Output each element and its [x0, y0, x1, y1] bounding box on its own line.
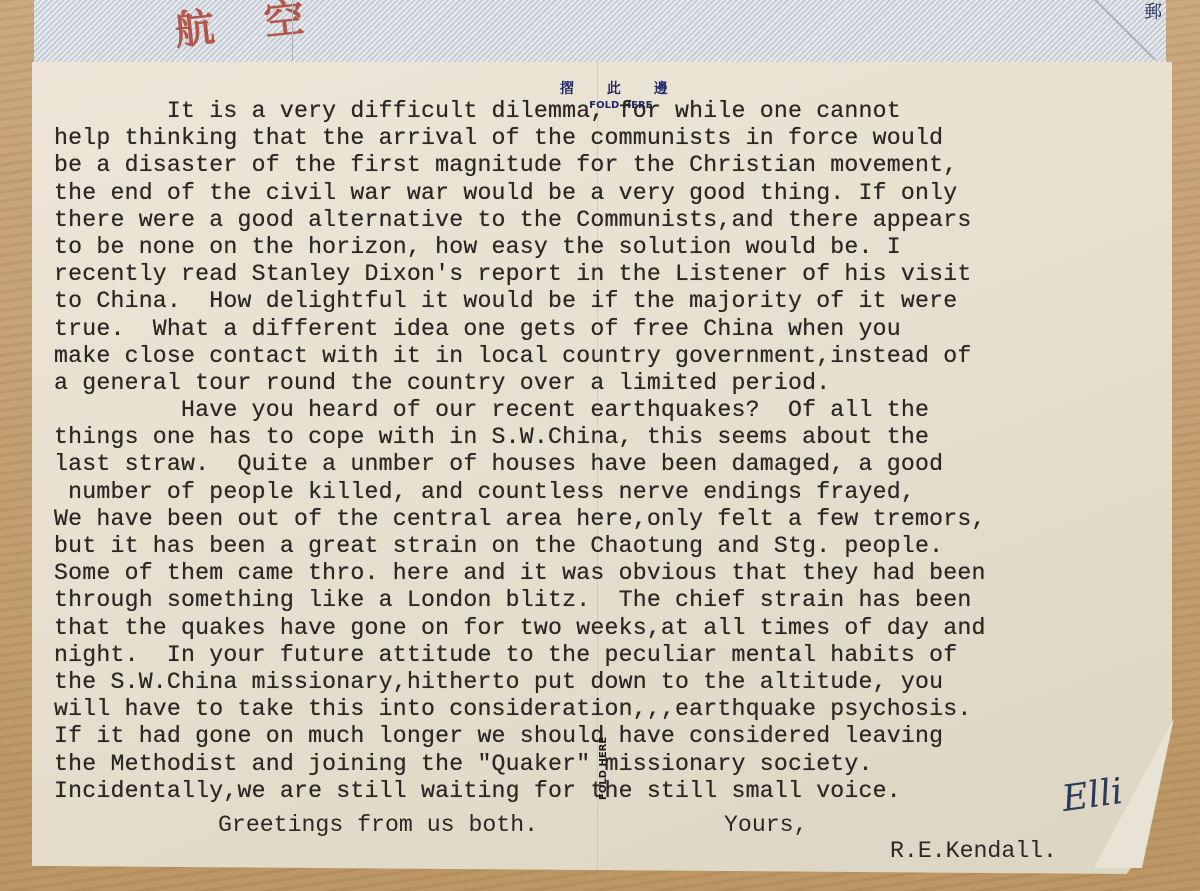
closing-greeting: Greetings from us both. [218, 812, 538, 838]
letter-line: to be none on the horizon, how easy the … [54, 234, 1154, 261]
letter-line: recently read Stanley Dixon's report in … [54, 261, 1154, 288]
letter-line: but it has been a great strain on the Ch… [54, 533, 1154, 560]
typed-signature: R.E.Kendall. [890, 838, 1057, 864]
letter-line: be a disaster of the first magnitude for… [54, 152, 1154, 179]
letter-line: will have to take this into consideratio… [54, 696, 1154, 723]
letter-line: things one has to cope with in S.W.China… [54, 424, 1154, 451]
letter-line: last straw. Quite a unmber of houses hav… [54, 451, 1154, 478]
letter-line: make close contact with it in local coun… [54, 343, 1154, 370]
letter-line: number of people killed, and countless n… [54, 479, 1154, 506]
handwritten-signature: Elli [1059, 771, 1125, 820]
letter-line: It is a very difficult dilemma, for whil… [54, 98, 1154, 125]
airmail-envelope-strip: 航 空 郵 [34, 0, 1166, 65]
fold-here-marker-bottom: FOLD HERE [598, 737, 609, 800]
letter-line: the end of the civil war war would be a … [54, 180, 1154, 207]
airmail-stamp-characters: 航 空 [171, 0, 324, 57]
valediction: Yours, [724, 812, 808, 838]
envelope-seam [292, 0, 293, 60]
letter-line: through something like a London blitz. T… [54, 587, 1154, 614]
letter-line: a general tour round the country over a … [54, 370, 1154, 397]
letter-line: night. In your future attitude to the pe… [54, 642, 1154, 669]
envelope-corner-character: 郵 [1144, 0, 1162, 24]
letter-line: Have you heard of our recent earthquakes… [54, 397, 1154, 424]
letter-line: there were a good alternative to the Com… [54, 207, 1154, 234]
letter-line: Some of them came thro. here and it was … [54, 560, 1154, 587]
letter-line: that the quakes have gone on for two wee… [54, 615, 1154, 642]
letter-line: true. What a different idea one gets of … [54, 316, 1154, 343]
letter-body: It is a very difficult dilemma, for whil… [54, 98, 1154, 805]
fold-here-chinese: 摺 此 邊 [560, 78, 682, 98]
letter-line: to China. How delightful it would be if … [54, 288, 1154, 315]
letter-line: the S.W.China missionary,hitherto put do… [54, 669, 1154, 696]
letter-line: We have been out of the central area her… [54, 506, 1154, 533]
letter-line: help thinking that the arrival of the co… [54, 125, 1154, 152]
